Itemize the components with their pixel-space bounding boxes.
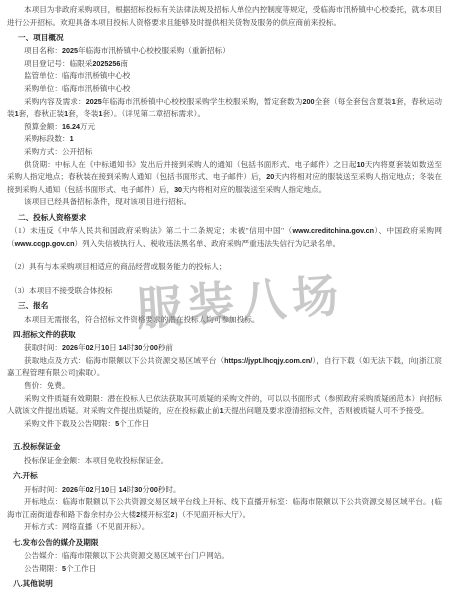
text-run: 秒时。 [158, 485, 181, 494]
text-run: 10 [101, 343, 109, 352]
paragraph: 获取时间：2026年02月10日 14时30分00秒前 [7, 342, 442, 355]
text-run: 一、项目概况 [18, 33, 64, 42]
text-run: 1 [70, 134, 74, 143]
paragraph: 公告期限：5个工作日 [7, 563, 442, 576]
text-run: 采购标段数： [24, 134, 70, 143]
paragraph: 获取地点及方式：临海市限额以下公共资源交易区域平台（https://jypt.l… [7, 355, 442, 380]
text-run: 10 [101, 485, 109, 494]
section-heading: 五.投标保证金 [7, 441, 442, 454]
paragraph: 公告媒介：临海市限额以下公共资源交易区域平台门户网站。 [7, 550, 442, 563]
text-run: 预算金额： [24, 122, 62, 131]
text-run: 南 [120, 59, 128, 68]
text-run: www.creditchina.gov.cn [292, 226, 373, 235]
text-run: 天内将相对应的服装送至采购人指定地点。 [182, 185, 326, 194]
text-run: 套，春秋正装 [19, 109, 65, 118]
text-run: 五.投标保证金 [13, 442, 60, 451]
text-run: 二、投标人资格要求 [18, 213, 86, 222]
section-heading: 七.发布公告的媒介及期限 [7, 537, 442, 550]
text-run: 六.开标 [13, 471, 38, 480]
text-run: 天提出问题及要求澄清招标文件，否则被质疑人可不予接受。 [224, 406, 429, 415]
text-run: 16.24 [62, 122, 80, 131]
text-run: 年 [78, 343, 86, 352]
text-run: 02 [86, 343, 94, 352]
section-heading: 二、投标人资格要求 [7, 212, 442, 225]
paragraph: 预算金额：16.24万元 [7, 121, 442, 134]
text-run: 秒前 [158, 343, 173, 352]
document-body: 本项目为非政府采购项目，根据招标投标有关法律法规及招标人单位内控制度等规定，受临… [0, 0, 450, 590]
paragraph: 开标方式：网络直播（不见面开标）。 [7, 521, 442, 534]
text-run: 2026 [62, 343, 78, 352]
text-run: 监管单位：临海市汛桥镇中心校 [24, 71, 130, 80]
text-run: 四.招标文件的获取 [13, 330, 76, 339]
text-run: }（不见面开标大厅）。 [174, 510, 250, 519]
paragraph: 采购单位：临海市汛桥镇中心校 [7, 83, 442, 96]
text-run: 开标方式：网络直播（不见面开标）。 [24, 522, 149, 531]
section-heading: 六.开标 [7, 470, 442, 483]
paragraph: （1）未违反《中华人民共和国政府采购法》第二十二条规定；未被"信用中国"（www… [7, 225, 442, 250]
text-run: 项目名称： [24, 46, 62, 55]
text-run: 获取时间： [24, 343, 62, 352]
paragraph: 采购文件质疑有效期限：潜在投标人已依法获取其可质疑的采购文件的，可以以书面形式（… [7, 393, 442, 418]
text-run: 项目登记号：临限采 [24, 59, 92, 68]
text-run: www.ccgp.gov.cn [15, 239, 75, 248]
section-heading: 三、报名 [7, 300, 442, 313]
text-run: 分 [142, 343, 150, 352]
text-run: 14 [119, 343, 127, 352]
section-heading: 一、项目概况 [7, 32, 442, 45]
text-run: 楼开标室 [140, 510, 170, 519]
paragraph: 本项目为非政府采购项目，根据招标投标有关法律法规及招标人单位内控制度等规定，受临… [7, 4, 442, 29]
text-run: 2025 [86, 97, 102, 106]
text-run: 投标保证金金额：本项目免收投标保证金。 [24, 456, 168, 465]
paragraph: （2）具有与本采购项目相适应的商品经营或服务能力的投标人； [7, 261, 442, 274]
text-run: （3）本项目不接受联合体投标 [10, 286, 113, 295]
text-run: 2026 [62, 485, 78, 494]
paragraph: 采购文件下载及公告期限：5个工作日 [7, 418, 442, 431]
text-run: 八.其他说明 [13, 579, 53, 588]
text-run: 日 [109, 343, 119, 352]
paragraph: 该项目已经具备招标条件，现对该项目进行招标。 [7, 196, 442, 209]
paragraph: （3）本项目不接受联合体投标 [7, 285, 442, 298]
section-heading: 八.其他说明 [7, 578, 442, 591]
text-run: 200 [302, 97, 314, 106]
text-run: 开标时间： [24, 485, 62, 494]
text-run: 30 [174, 185, 182, 194]
paragraph: 项目登记号：临限采2025256南 [7, 58, 442, 71]
text-run: 采购单位：临海市汛桥镇中心校 [24, 84, 130, 93]
paragraph: 售价：免费。 [7, 380, 442, 393]
text-run: 采购文件下载及公告期限： [24, 419, 115, 428]
document-page: 服装八场 本项目为非政府采购项目，根据招标投标有关法律法规及招标人单位内控制度等… [0, 0, 450, 600]
paragraph: 供货期：中标人在《中标通知书》发出后并接到采购人的通知（包括书面形式、电子邮件）… [7, 159, 442, 197]
paragraph: 采购方式：公开招标 [7, 146, 442, 159]
text-run: 年 [78, 485, 86, 494]
text-run: 00 [150, 485, 158, 494]
paragraph: 采购内容及需求：2025年临海市汛桥镇中心校校服采购学生校服采购，暂定套数为20… [7, 96, 442, 121]
text-run: 年临海市汛桥镇中心校校服采购（重新招标） [78, 46, 230, 55]
paragraph: 项目名称：2025年临海市汛桥镇中心校校服采购（重新招标） [7, 45, 442, 58]
text-run: 售价：免费。 [24, 381, 70, 390]
section-heading: 四.招标文件的获取 [7, 329, 442, 342]
text-run: （2）具有与本采购项目相适应的商品经营或服务能力的投标人； [10, 262, 226, 271]
text-run: 万元 [80, 122, 95, 131]
text-run: （1）未违反《中华人民共和国政府采购法》第二十二条规定；未被"信用中国"（ [10, 226, 292, 235]
text-run: 2025 [62, 46, 78, 55]
text-run: 供货期：中标人在《中标通知书》发出后并接到采购人的通知（包括书面形式、电子邮件）… [24, 160, 357, 169]
text-run: 本项目无需报名，符合招标文件资格要求的潜在投标人均可参加投标。 [24, 315, 259, 324]
text-run: 14 [119, 485, 127, 494]
text-run: 七.发布公告的媒介及期限 [13, 538, 98, 547]
text-run: 三、报名 [18, 301, 48, 310]
text-run: 本项目为非政府采购项目，根据招标投标有关法律法规及招标人单位内控制度等规定，受临… [7, 5, 442, 27]
paragraph: 本项目无需报名，符合招标文件资格要求的潜在投标人均可参加投标。 [7, 314, 442, 327]
text-run: https://jypt.lhcqjy.com.cn/ [224, 356, 312, 365]
text-run: 个工作日 [119, 419, 149, 428]
text-run: 采购方式：公开招标 [24, 147, 92, 156]
paragraph: 监管单位：临海市汛桥镇中心校 [7, 70, 442, 83]
paragraph: 开标地点：临海市限额以下公共资源交易区域平台线上开标、线下直播开标室：临海市限额… [7, 496, 442, 521]
text-run: 公告媒介：临海市限额以下公共资源交易区域平台门户网站。 [24, 551, 229, 560]
text-run: 全套（每全套包含夏装 [314, 97, 391, 106]
text-run: 套，冬装 [68, 109, 98, 118]
text-run: 公告期限： [24, 564, 62, 573]
text-run: 10 [357, 160, 365, 169]
text-run: 02 [86, 485, 94, 494]
text-run: 分 [142, 485, 150, 494]
text-run: 年临海市汛桥镇中心校校服采购学生校服采购，暂定套数为 [102, 97, 303, 106]
text-run: 套）。（详见第二章招标需求）。 [103, 109, 206, 118]
paragraph: 投标保证金金额：本项目免收投标保证金。 [7, 455, 442, 468]
text-run: 个工作日 [66, 564, 96, 573]
paragraph: 采购标段数：1 [7, 133, 442, 146]
text-run: 日 [109, 485, 119, 494]
text-run: 获取地点及方式：临海市限额以下公共资源交易区域平台（ [24, 356, 224, 365]
paragraph: 开标时间：2026年02月10日 14时30分00秒时。 [7, 484, 442, 497]
text-run: 2025256 [92, 59, 120, 68]
text-run: ）列入失信被执行人、税收违法黑名单、政府采购严重违法失信行为记录名单。 [75, 239, 341, 248]
text-run: 采购内容及需求： [24, 97, 86, 106]
text-run: 00 [150, 343, 158, 352]
text-run: 该项目已经具备招标条件，现对该项目进行招标。 [24, 197, 191, 206]
